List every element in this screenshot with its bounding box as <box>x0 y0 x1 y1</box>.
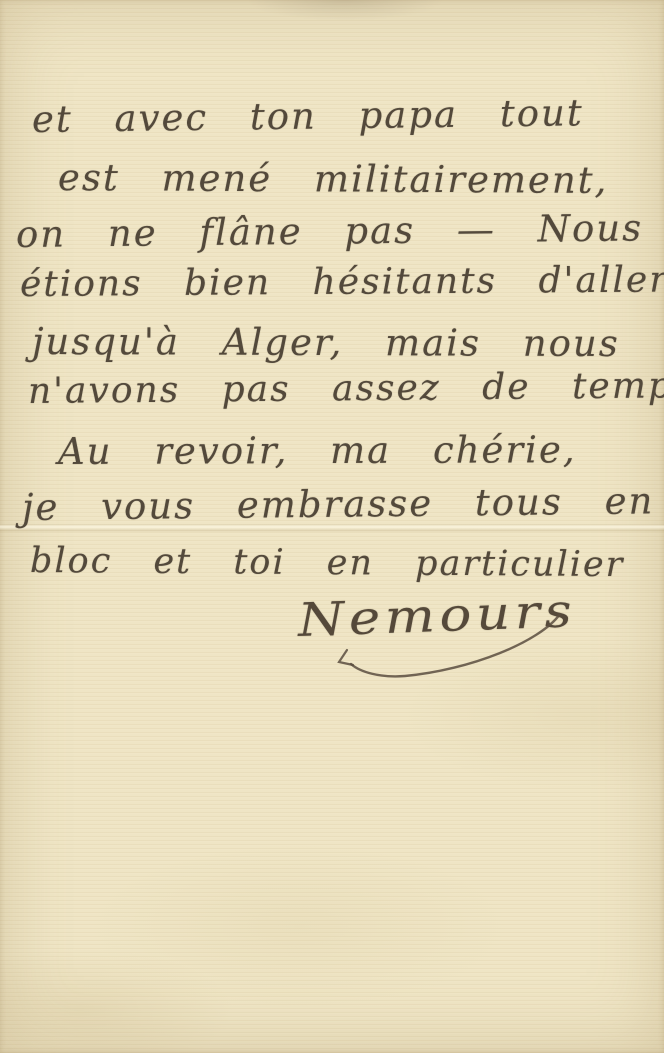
handwriting-line-9: bloc et toi en particulier <box>30 541 625 585</box>
handwriting-line-2: est mené militairement, <box>58 156 609 202</box>
handwriting-line-6: n'avons pas assez de temps. <box>28 365 664 412</box>
handwriting-line-7: Au revoir, ma chérie, <box>58 428 577 473</box>
signature: Nemours <box>297 583 577 647</box>
handwriting-line-4: étions bien hésitants d'aller <box>20 259 664 305</box>
letter-page: et avec ton papa tout est mené militaire… <box>0 0 664 1053</box>
handwriting-line-3: on ne flâne pas — Nous <box>16 206 644 256</box>
handwriting-line-1: et avec ton papa tout <box>32 91 584 141</box>
handwriting-line-5: jusqu'à Alger, mais nous <box>32 320 620 365</box>
handwriting-line-8: je vous embrasse tous en <box>22 479 655 529</box>
